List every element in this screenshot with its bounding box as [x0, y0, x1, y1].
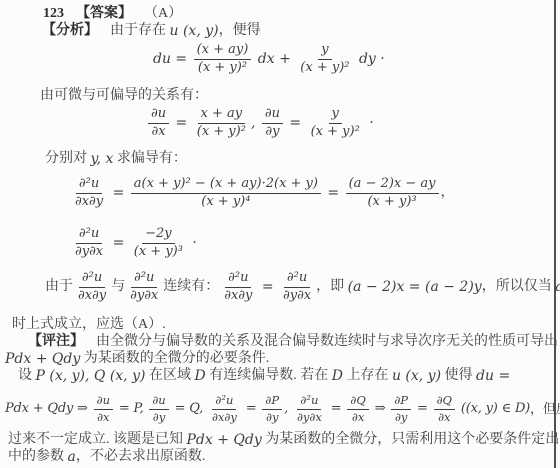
fraction-numerator: (x + ay) [194, 43, 252, 60]
fraction: ∂²u∂y∂x [72, 227, 106, 260]
fraction: ∂u∂x [148, 107, 169, 140]
text-segment: Pdx + Qdy [187, 432, 262, 449]
text-segment: dy · [355, 51, 385, 68]
text-segment: D [332, 368, 343, 385]
setup-line: 设 P (x, y), Q (x, y) 在区域 D 有连续偏导数. 若在 D … [18, 368, 510, 385]
fraction-denominator: (x + y)² [308, 124, 363, 140]
text-segment: 使得 [441, 368, 476, 385]
text-segment: ，所以仅当 [482, 279, 556, 296]
fraction-denominator: (x + y)⁴ [198, 194, 253, 210]
fraction-numerator: ∂Q [347, 394, 368, 409]
text-segment: = [285, 115, 306, 132]
text-segment: 123 [43, 6, 64, 23]
fraction: ∂²u∂y∂x [280, 271, 314, 304]
text-segment: Pdx + Qdy [5, 351, 80, 368]
fraction-denominator: ∂y [263, 410, 281, 424]
fraction-denominator: (x + y)² [297, 60, 352, 76]
fraction-numerator: ∂P [262, 394, 282, 409]
fraction: ∂²u∂x∂y [221, 271, 255, 304]
text-segment: 有连续偏导数. 若在 [206, 368, 332, 385]
fraction-numerator: a(x + y)² − (x + ay)·2(x + y) [131, 177, 321, 194]
fraction: (x + ay)(x + y)² [194, 43, 252, 76]
fraction: ∂²u∂x∂y [209, 394, 240, 423]
fraction-numerator: ∂²u [225, 271, 251, 288]
text-segment: (a − 2)x = (a − 2)y [348, 279, 482, 296]
fraction-numerator: ∂P [391, 394, 411, 409]
fraction-denominator: ∂x [94, 410, 112, 424]
fraction: ∂u∂x [94, 394, 113, 423]
fraction: ∂Q∂x [434, 394, 455, 423]
text-segment: a [68, 449, 76, 466]
document-page: 123【答案】（A） 【分析】由于存在 u (x, y)，便得 du = (x … [0, 0, 560, 468]
fraction: ∂²u∂x∂y [72, 177, 106, 210]
fraction: ∂P∂y [262, 394, 282, 423]
fraction: ∂²u∂y∂x [127, 271, 161, 304]
fraction-denominator: ∂y [150, 410, 168, 424]
fraction-numerator: ∂²u [79, 271, 105, 288]
fraction-numerator: ∂²u [131, 271, 157, 288]
fraction-denominator: ∂x∂y [209, 410, 240, 424]
text-segment: = [323, 185, 344, 202]
answer-line: 123【答案】（A） [43, 6, 182, 23]
fraction: ∂P∂y [391, 394, 411, 423]
continuity-conclusion-line: 由于∂²u∂x∂y与∂²u∂y∂x连续有：∂²u∂x∂y = ∂²u∂y∂x，即… [45, 266, 560, 308]
fraction: ∂u∂y [262, 107, 283, 140]
text-segment: u (x, y) [392, 368, 441, 385]
fraction: y(x + y)² [297, 43, 352, 76]
fraction-numerator: ∂²u [212, 394, 236, 409]
text-segment: 由于 [45, 279, 73, 296]
fraction-denominator: ∂x∂y [72, 194, 106, 210]
fraction: (a − 2)x − ay(x + y)³ [346, 177, 439, 210]
text-segment: 与 [111, 279, 125, 296]
scan-edge-line [554, 0, 556, 468]
text-segment: ，不必去求出原函数. [76, 449, 206, 466]
fraction: x + ay(x + y)² [194, 107, 249, 140]
text-segment: 连续有： [163, 279, 219, 296]
fraction-numerator: ∂²u [76, 227, 102, 244]
text-segment: du = [153, 51, 192, 68]
fraction-denominator: ∂x [349, 410, 367, 424]
fraction: −2y(x + y)³ [131, 227, 186, 260]
fraction-denominator: ∂y∂x [280, 288, 314, 304]
formula-first-partials: ∂u∂x = x + ay(x + y)², ∂u∂y = y(x + y)² … [146, 102, 374, 144]
formula-mixed-partial-xy: ∂²u∂x∂y = a(x + y)² − (x + ay)·2(x + y)(… [70, 172, 455, 214]
text-segment: D [194, 368, 205, 385]
text-segment: 设 [18, 368, 36, 385]
text-segment: = [242, 401, 261, 417]
text-segment: du = [476, 368, 510, 385]
text-segment: = [257, 279, 278, 296]
fraction-numerator: ∂Q [434, 394, 455, 409]
fraction: ∂²u∂x∂y [75, 271, 109, 304]
conclusion-line: 时上式成立，应选（A）. [12, 317, 166, 334]
remark-line: 【评注】由全微分与偏导数的关系及混合偏导数连续时与求导次序无关的性质可导出 [28, 334, 558, 351]
text-segment: 时上式成立，应选（A）. [12, 317, 166, 334]
fraction-denominator: ∂y∂x [127, 288, 161, 304]
text-segment: · [365, 115, 374, 132]
text-segment: = [413, 401, 432, 417]
text-segment: 【答案】 [76, 6, 132, 23]
fraction: ∂Q∂x [347, 394, 368, 423]
fraction-numerator: ∂u [94, 394, 113, 409]
fraction-denominator: ∂x∂y [75, 288, 109, 304]
formula-total-differential: du = (x + ay)(x + y)² dx + y(x + y)² dy … [153, 38, 385, 80]
text-segment: 【评注】 [28, 334, 84, 351]
fraction-numerator: ∂²u [284, 271, 310, 288]
text-segment: 分别对 [45, 151, 91, 168]
fraction-numerator: ∂²u [297, 394, 321, 409]
text-segment: , [251, 115, 260, 132]
necessary-condition-line: Pdx + Qdy 为某函数的全微分的必要条件. [5, 351, 269, 368]
text-segment: 【分析】 [42, 23, 98, 40]
text-segment: 为某函数的全微分的必要条件. [80, 351, 269, 368]
formula-mixed-partial-yx: ∂²u∂y∂x = −2y(x + y)³ · [70, 222, 197, 264]
fraction-denominator: ∂y [262, 124, 282, 140]
text-segment: 求偏导有： [113, 151, 187, 168]
text-segment: = [171, 115, 192, 132]
text-segment: P (x, y), Q (x, y) [36, 368, 146, 385]
text-segment: 由全微分与偏导数的关系及混合偏导数连续时与求导次序无关的性质可导出 [96, 334, 558, 351]
text-segment: ，即 [316, 279, 348, 296]
text-segment: 为某函数的全微分，只需利用这个必要条件定出 [262, 432, 560, 449]
fraction: ∂²u∂y∂x [294, 394, 325, 423]
fraction-numerator: −2y [142, 227, 175, 244]
text-segment: ((x, y) ∈ D) [457, 401, 530, 417]
parameter-line: 中的参数 a，不必去求出原函数. [8, 449, 205, 466]
fraction-numerator: ∂u [262, 107, 283, 124]
text-segment: = [327, 401, 346, 417]
fraction-denominator: ∂y∂x [72, 244, 106, 260]
text-segment: = P, [115, 401, 147, 417]
formula-necessary-condition-chain: Pdx + Qdy ⇒ ∂u∂x = P, ∂u∂y = Q, ∂²u∂x∂y … [5, 388, 560, 430]
text-segment: Pdx + Qdy ⇒ [5, 401, 92, 417]
partial-wrt-line: 分别对 y, x 求偏导有： [45, 151, 187, 168]
fraction: y(x + y)² [308, 107, 363, 140]
fraction-denominator: (x + y)² [195, 60, 250, 76]
fraction-numerator: y [329, 107, 342, 124]
fraction-numerator: ∂u [148, 107, 169, 124]
text-segment: 在区域 [145, 368, 194, 385]
fraction: ∂u∂y [149, 394, 168, 423]
text-segment: 中的参数 [8, 449, 68, 466]
text-segment: （A） [144, 6, 182, 23]
fraction-numerator: y [318, 43, 331, 60]
fraction-numerator: ∂²u [76, 177, 102, 194]
fraction: a(x + y)² − (x + ay)·2(x + y)(x + y)⁴ [131, 177, 321, 210]
text-segment: 过来不一定成立. 该题是已知 [8, 432, 187, 449]
reverse-statement-line: 过来不一定成立. 该题是已知 Pdx + Qdy 为某函数的全微分，只需利用这个… [8, 432, 560, 449]
text-segment: 上存在 [343, 368, 392, 385]
fraction-denominator: (x + y)³ [131, 244, 186, 260]
text-segment: ， [441, 185, 455, 202]
fraction-denominator: (x + y)³ [364, 194, 419, 210]
text-segment: ⇒ [371, 401, 390, 417]
fraction-numerator: ∂u [149, 394, 168, 409]
text-segment: dx + [253, 51, 295, 68]
text-segment: = Q, [171, 401, 207, 417]
fraction-denominator: ∂x∂y [221, 288, 255, 304]
text-segment: y, x [91, 151, 114, 168]
fraction-numerator: (a − 2)x − ay [346, 177, 439, 194]
fraction-numerator: x + ay [198, 107, 246, 124]
fraction-denominator: ∂y∂x [294, 410, 325, 424]
text-segment: = [108, 185, 129, 202]
text-segment: = [108, 235, 129, 252]
fraction-denominator: ∂y [392, 410, 410, 424]
text-segment: , [284, 401, 292, 417]
fraction-denominator: ∂x [149, 124, 169, 140]
text-segment: · [188, 235, 197, 252]
fraction-denominator: ∂x [435, 410, 453, 424]
fraction-denominator: (x + y)² [194, 124, 249, 140]
